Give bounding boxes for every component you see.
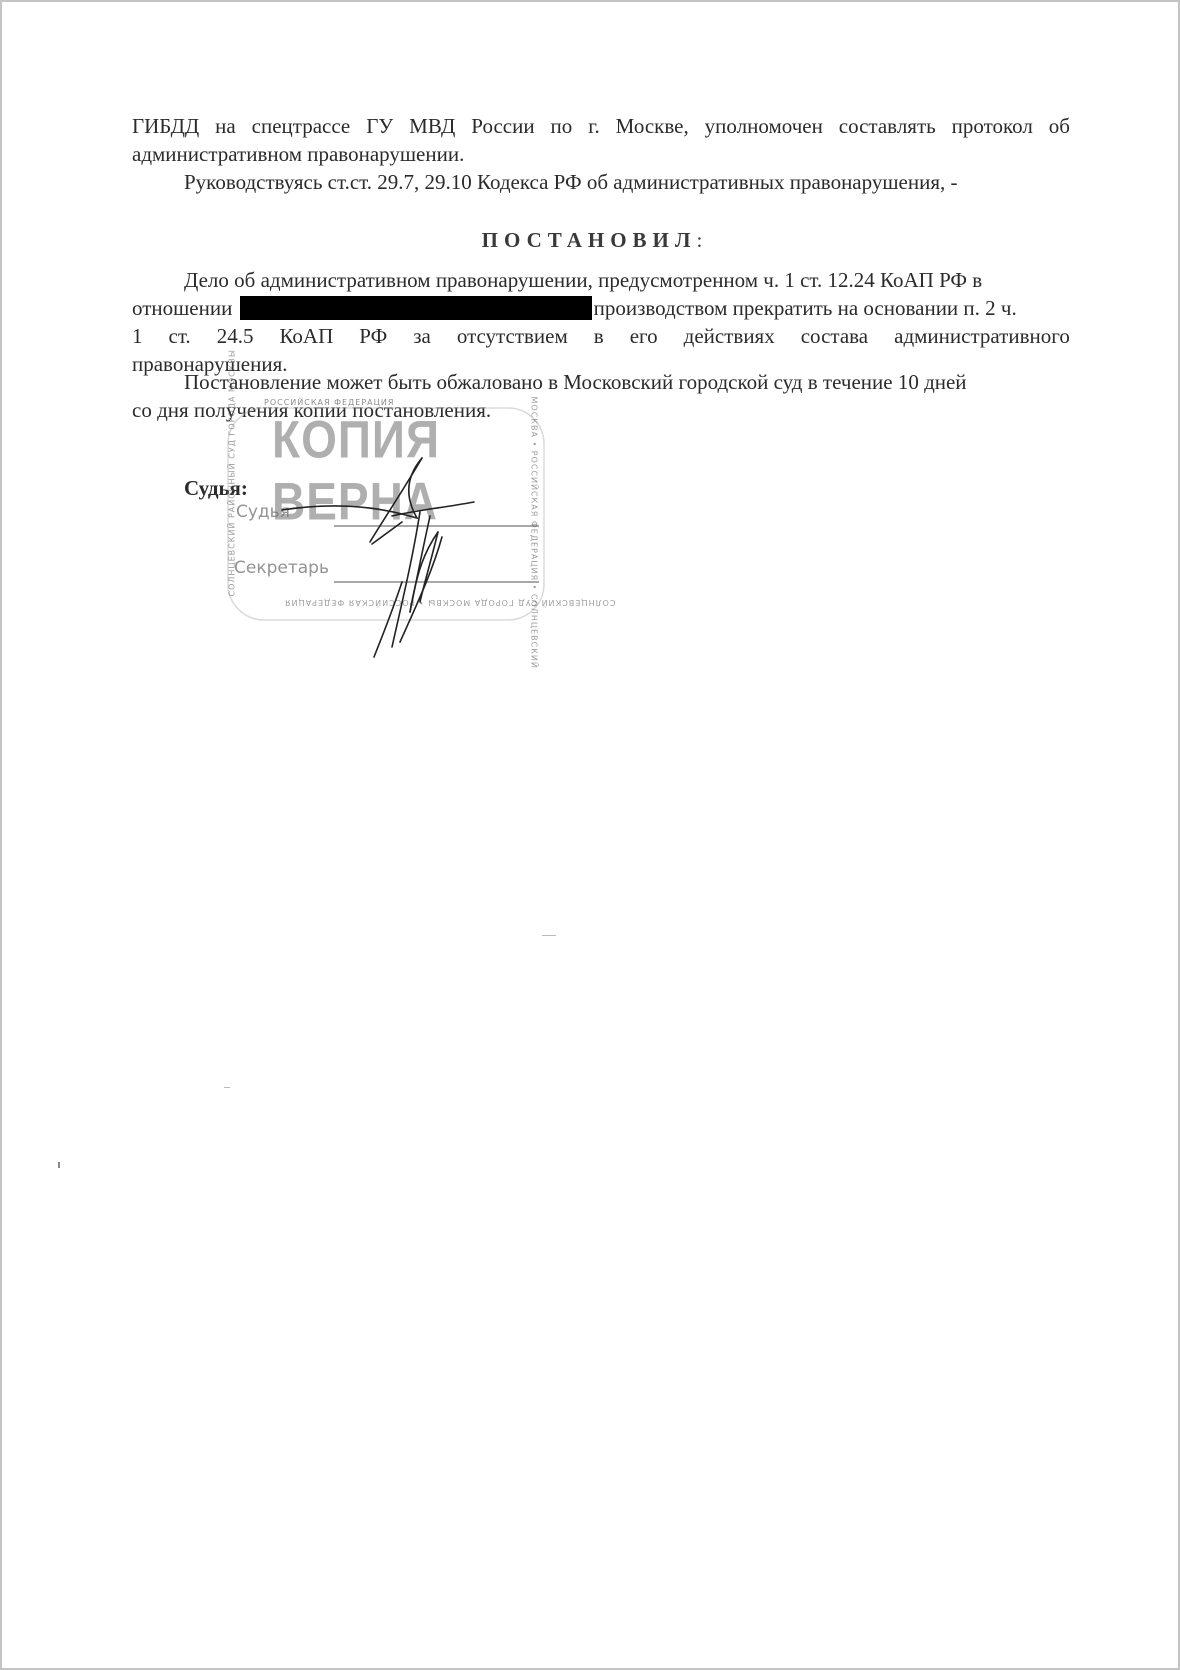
intro-line-1: ГИБДДнаспецтрассеГУМВДРоссиипог.Москве,у… (132, 112, 1070, 140)
word: об (1049, 112, 1070, 140)
word: г. (588, 112, 600, 140)
stamp-frame-icon (224, 402, 554, 627)
word: уполномочен (705, 112, 823, 140)
stamp-ring-right: МОСКВА • РОССИЙСКАЯ ФЕДЕРАЦИЯ • СОЛНЦЕВС… (530, 397, 539, 597)
decision-line-1-text: Дело об административном правонарушении,… (132, 266, 982, 294)
redacted-name (240, 296, 592, 320)
stamp-field-judge: Судья (236, 502, 290, 522)
scan-artifact (224, 1087, 230, 1088)
certified-copy-stamp: КОПИЯ ВЕРНА Судья Секретарь РОССИЙСКАЯ Ф… (224, 402, 554, 627)
word: РФ (359, 322, 387, 350)
word: России (471, 112, 534, 140)
word: административного (894, 322, 1070, 350)
word: КоАП (279, 322, 333, 350)
heading-text: ПОСТАНОВИЛ (482, 228, 697, 252)
appeal-line-1: Постановление может быть обжаловано в Мо… (132, 368, 1070, 396)
decision-line-2-after: производством прекратить на основании п.… (594, 296, 1017, 320)
word: по (551, 112, 573, 140)
legal-basis-line: Руководствуясь ст.ст. 29.7, 29.10 Кодекс… (132, 168, 1070, 196)
decision-heading: ПОСТАНОВИЛ: (2, 228, 1180, 253)
appeal-paragraph: Постановление может быть обжаловано в Мо… (132, 368, 1070, 424)
stamp-field-secretary: Секретарь (234, 558, 329, 578)
decision-paragraph: Дело об административном правонарушении,… (132, 266, 1070, 378)
signature-icon (242, 452, 502, 662)
decision-line-3: 1ст.24.5КоАПРФзаотсутствиемвегодействиях… (132, 322, 1070, 350)
word: действиях (684, 322, 775, 350)
scan-artifact (58, 1162, 60, 1168)
word: 24.5 (217, 322, 254, 350)
decision-line-2: отношении производством прекратить на ос… (132, 294, 1070, 322)
word: в (594, 322, 604, 350)
intro-line-2: административном правонарушении. (132, 140, 1070, 168)
intro-paragraph: ГИБДДнаспецтрассеГУМВДРоссиипог.Москве,у… (132, 112, 1070, 196)
heading-colon: : (697, 228, 703, 252)
scan-artifact (542, 935, 556, 936)
word: его (630, 322, 658, 350)
word: 1 (132, 322, 143, 350)
decision-line-1: Дело об административном правонарушении,… (132, 266, 1070, 294)
stamp-title: КОПИЯ ВЕРНА (272, 408, 554, 532)
document-page: ГИБДДнаспецтрассеГУМВДРоссиипог.Москве,у… (0, 0, 1180, 1670)
word: составлять (839, 112, 936, 140)
word: состава (801, 322, 868, 350)
word: Москве, (616, 112, 689, 140)
word: ст. (169, 322, 191, 350)
word: ГИБДД (132, 112, 199, 140)
stamp-ring-bottom: СОЛНЦЕВСКИЙ СУД ГОРОДА МОСКВЫ • РОССИЙСК… (284, 598, 615, 607)
word: отсутствием (457, 322, 568, 350)
word: на (215, 112, 236, 140)
word: за (413, 322, 431, 350)
judge-label: Судья: (184, 476, 248, 501)
word: протокол (952, 112, 1033, 140)
decision-line-2-before: отношении (132, 296, 232, 320)
word: МВД (409, 112, 455, 140)
word: спецтрассе (252, 112, 351, 140)
appeal-line-2: со дня получения копии постановления. (132, 396, 1070, 424)
word: ГУ (366, 112, 393, 140)
